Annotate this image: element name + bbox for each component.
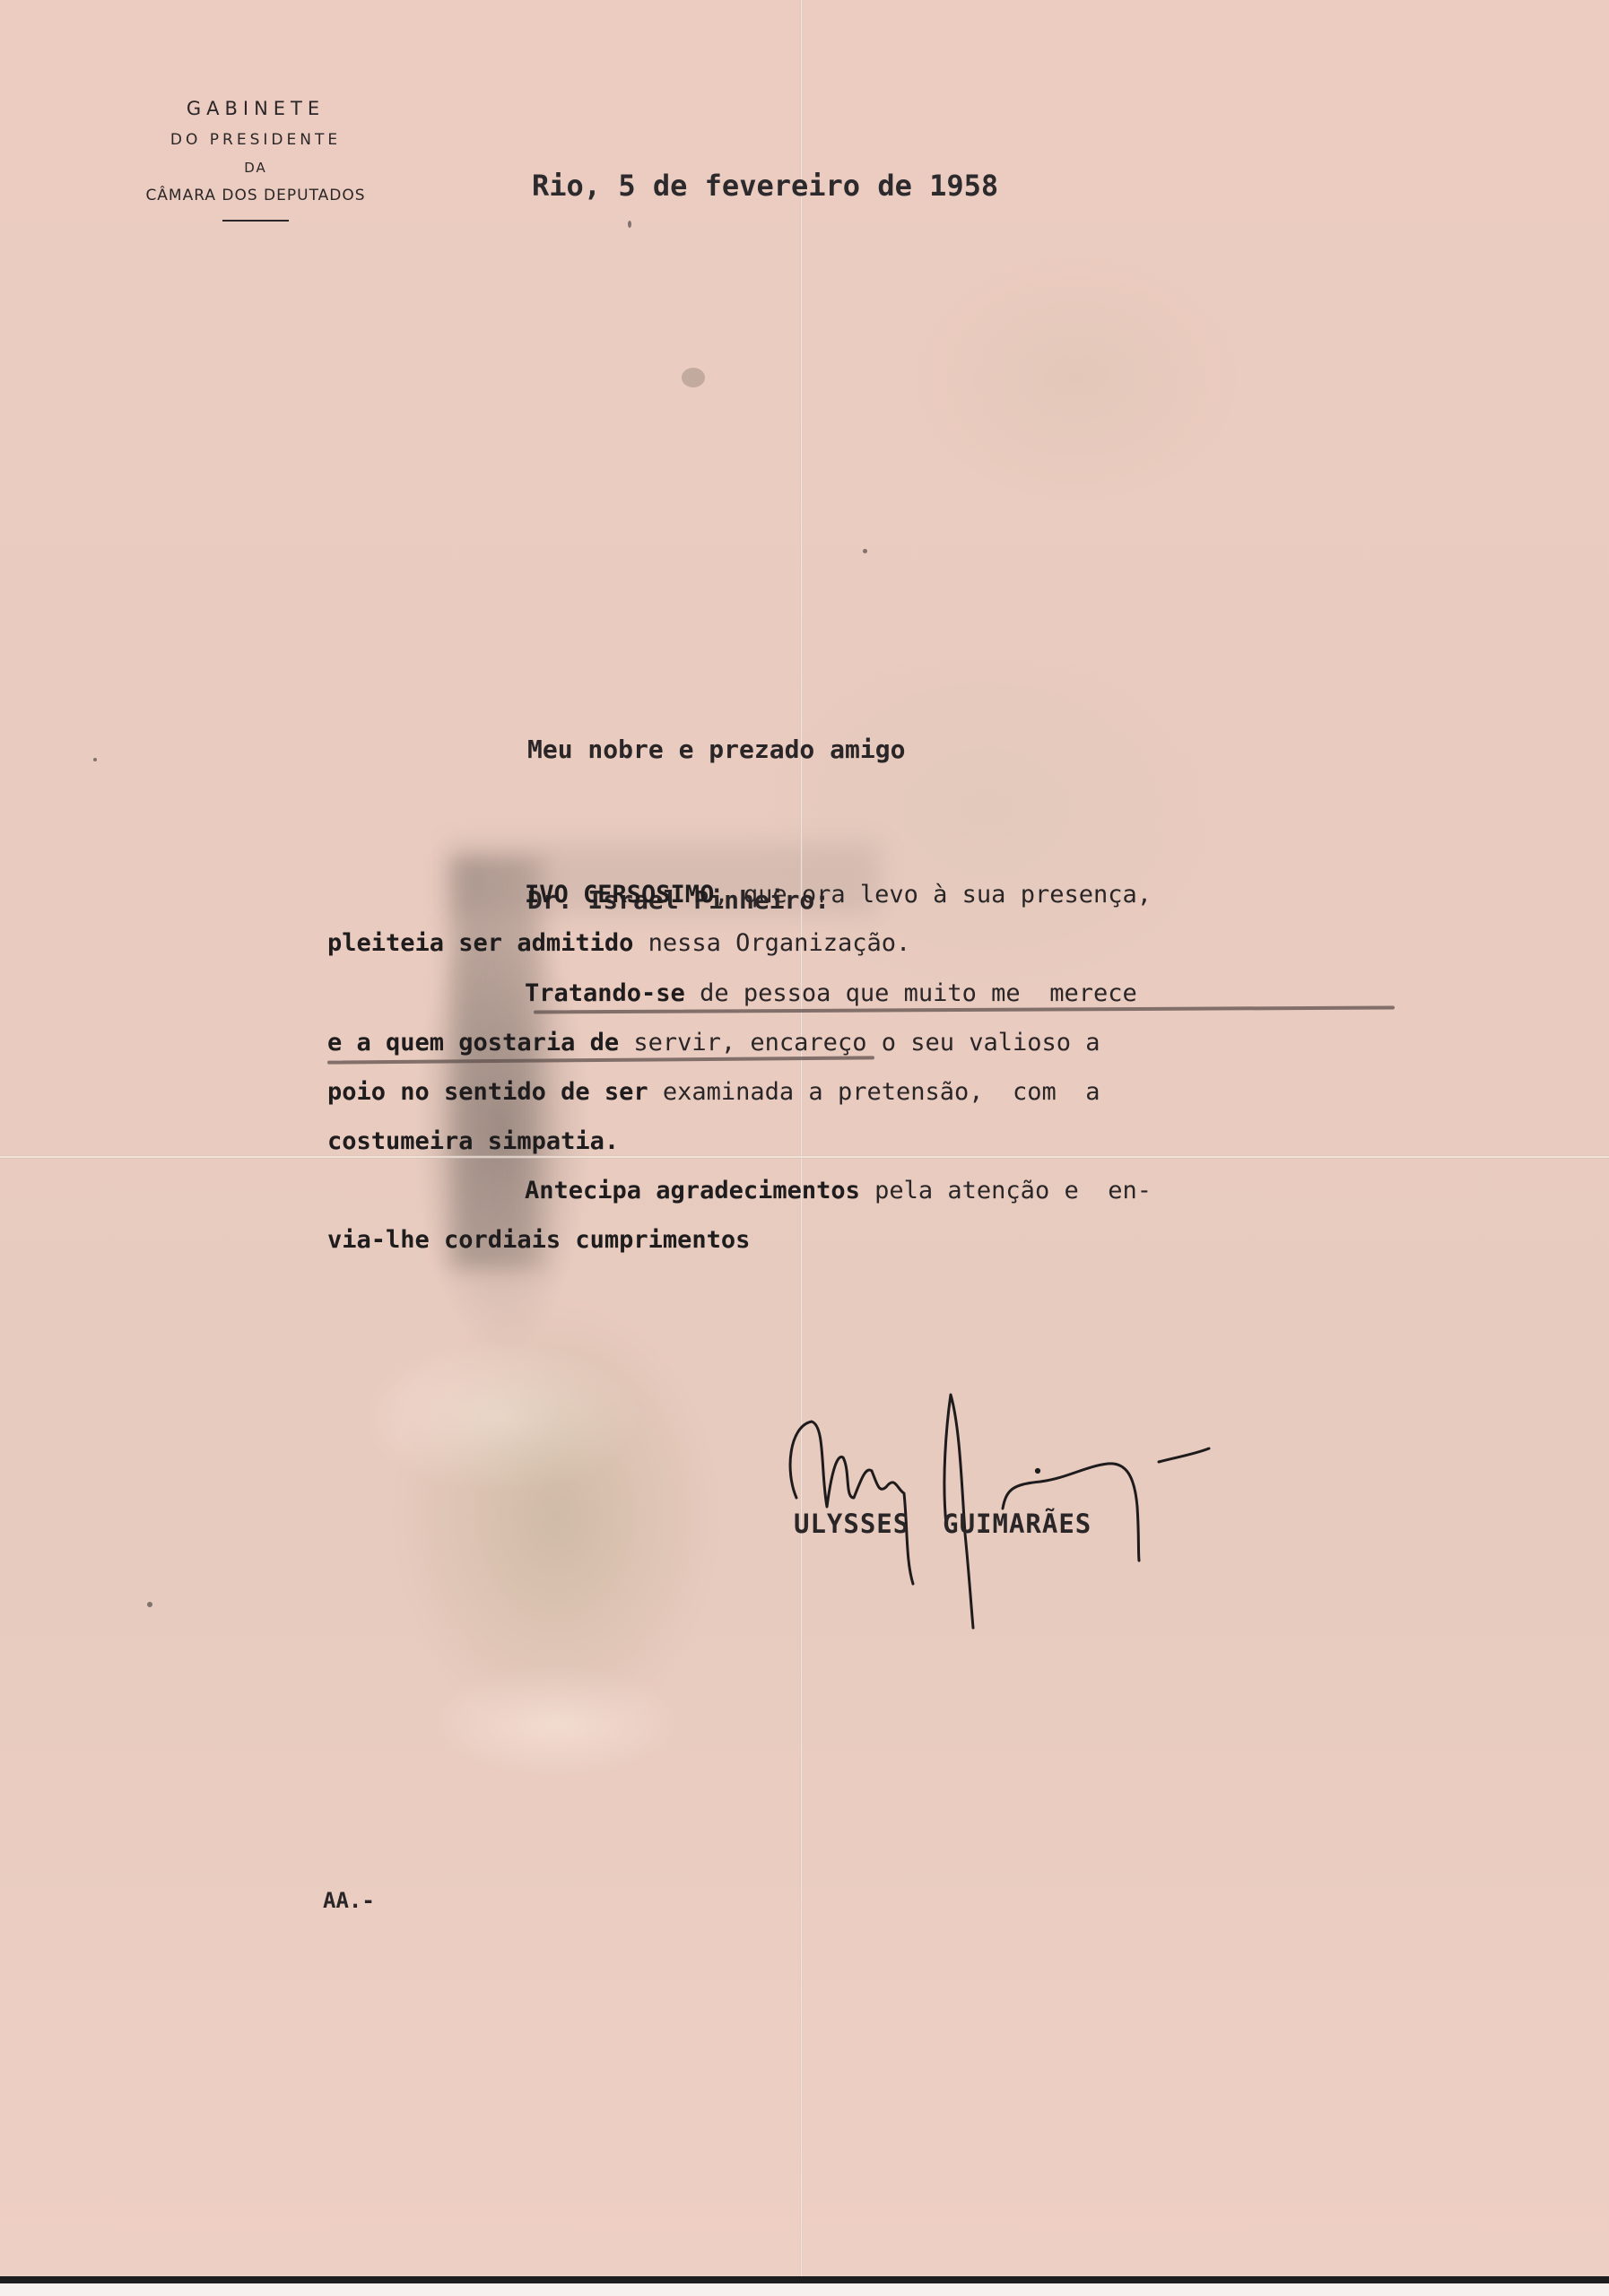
body-text: examinada a pretensão, com a <box>648 1078 1100 1106</box>
handwritten-signature <box>771 1372 1309 1632</box>
body-bold: costumeira simpatia. <box>327 1127 619 1155</box>
body-bold: poio no sentido de ser <box>327 1078 648 1106</box>
ink-speck <box>147 1602 152 1607</box>
body-line: pleiteia ser admitido nessa Organização. <box>327 930 910 957</box>
salutation: Meu nobre e prezado amigo Dr. Israel Pin… <box>527 624 905 976</box>
body-line: IVO CERSOSIMO, que ora levo à sua presen… <box>525 882 1152 909</box>
body-bold: Antecipa agradecimentos <box>525 1177 860 1205</box>
body-text: nessa Organização. <box>633 929 910 957</box>
salutation-line: Meu nobre e prezado amigo <box>527 725 905 775</box>
body-line: via-lhe cordiais cumprimentos <box>327 1227 750 1254</box>
body-line: e a quem gostaria de servir, encareço o … <box>327 1030 1100 1057</box>
body-bold: pleiteia ser admitido <box>327 929 633 957</box>
body-text: servir, encareço o seu valioso a <box>619 1029 1100 1057</box>
typist-initials: AA.- <box>323 1888 375 1913</box>
body-text: pela atenção e en- <box>860 1177 1152 1205</box>
ink-speck <box>628 221 631 228</box>
ink-speck <box>93 758 97 761</box>
letter-paper <box>0 0 1609 2276</box>
letterhead-line: DO PRESIDENTE <box>108 125 404 155</box>
letterhead-line: GABINETE <box>108 92 404 125</box>
horizontal-fold-line <box>0 1155 1609 1159</box>
body-line: Antecipa agradecimentos pela atenção e e… <box>525 1178 1152 1205</box>
body-line: poio no sentido de ser examinada a prete… <box>327 1079 1100 1106</box>
body-text: de pessoa que muito me merece <box>685 979 1137 1007</box>
vertical-fold-line <box>800 0 803 2276</box>
ink-speck <box>863 549 867 553</box>
letterhead-line: DA <box>108 155 404 180</box>
letterhead: GABINETE DO PRESIDENTE DA CÂMARA DOS DEP… <box>108 92 404 222</box>
letter-date: Rio, 5 de fevereiro de 1958 <box>532 169 998 203</box>
body-bold: via-lhe cordiais cumprimentos <box>327 1226 750 1254</box>
ink-speck <box>682 368 705 387</box>
body-text: , que ora levo à sua presença, <box>714 881 1152 909</box>
letterhead-line: CÂMARA DOS DEPUTADOS <box>108 180 404 211</box>
body-line: costumeira simpatia. <box>327 1128 619 1155</box>
body-bold: IVO CERSOSIMO <box>525 881 714 909</box>
body-bold: Tratando-se <box>525 979 685 1007</box>
page-bottom-edge <box>0 2276 1609 2283</box>
body-line: Tratando-se de pessoa que muito me merec… <box>525 980 1137 1007</box>
letterhead-rule <box>222 220 289 222</box>
body-bold: e a quem gostaria de <box>327 1029 619 1057</box>
typed-signatory-name: ULYSSES GUIMARÃES <box>794 1509 1092 1539</box>
